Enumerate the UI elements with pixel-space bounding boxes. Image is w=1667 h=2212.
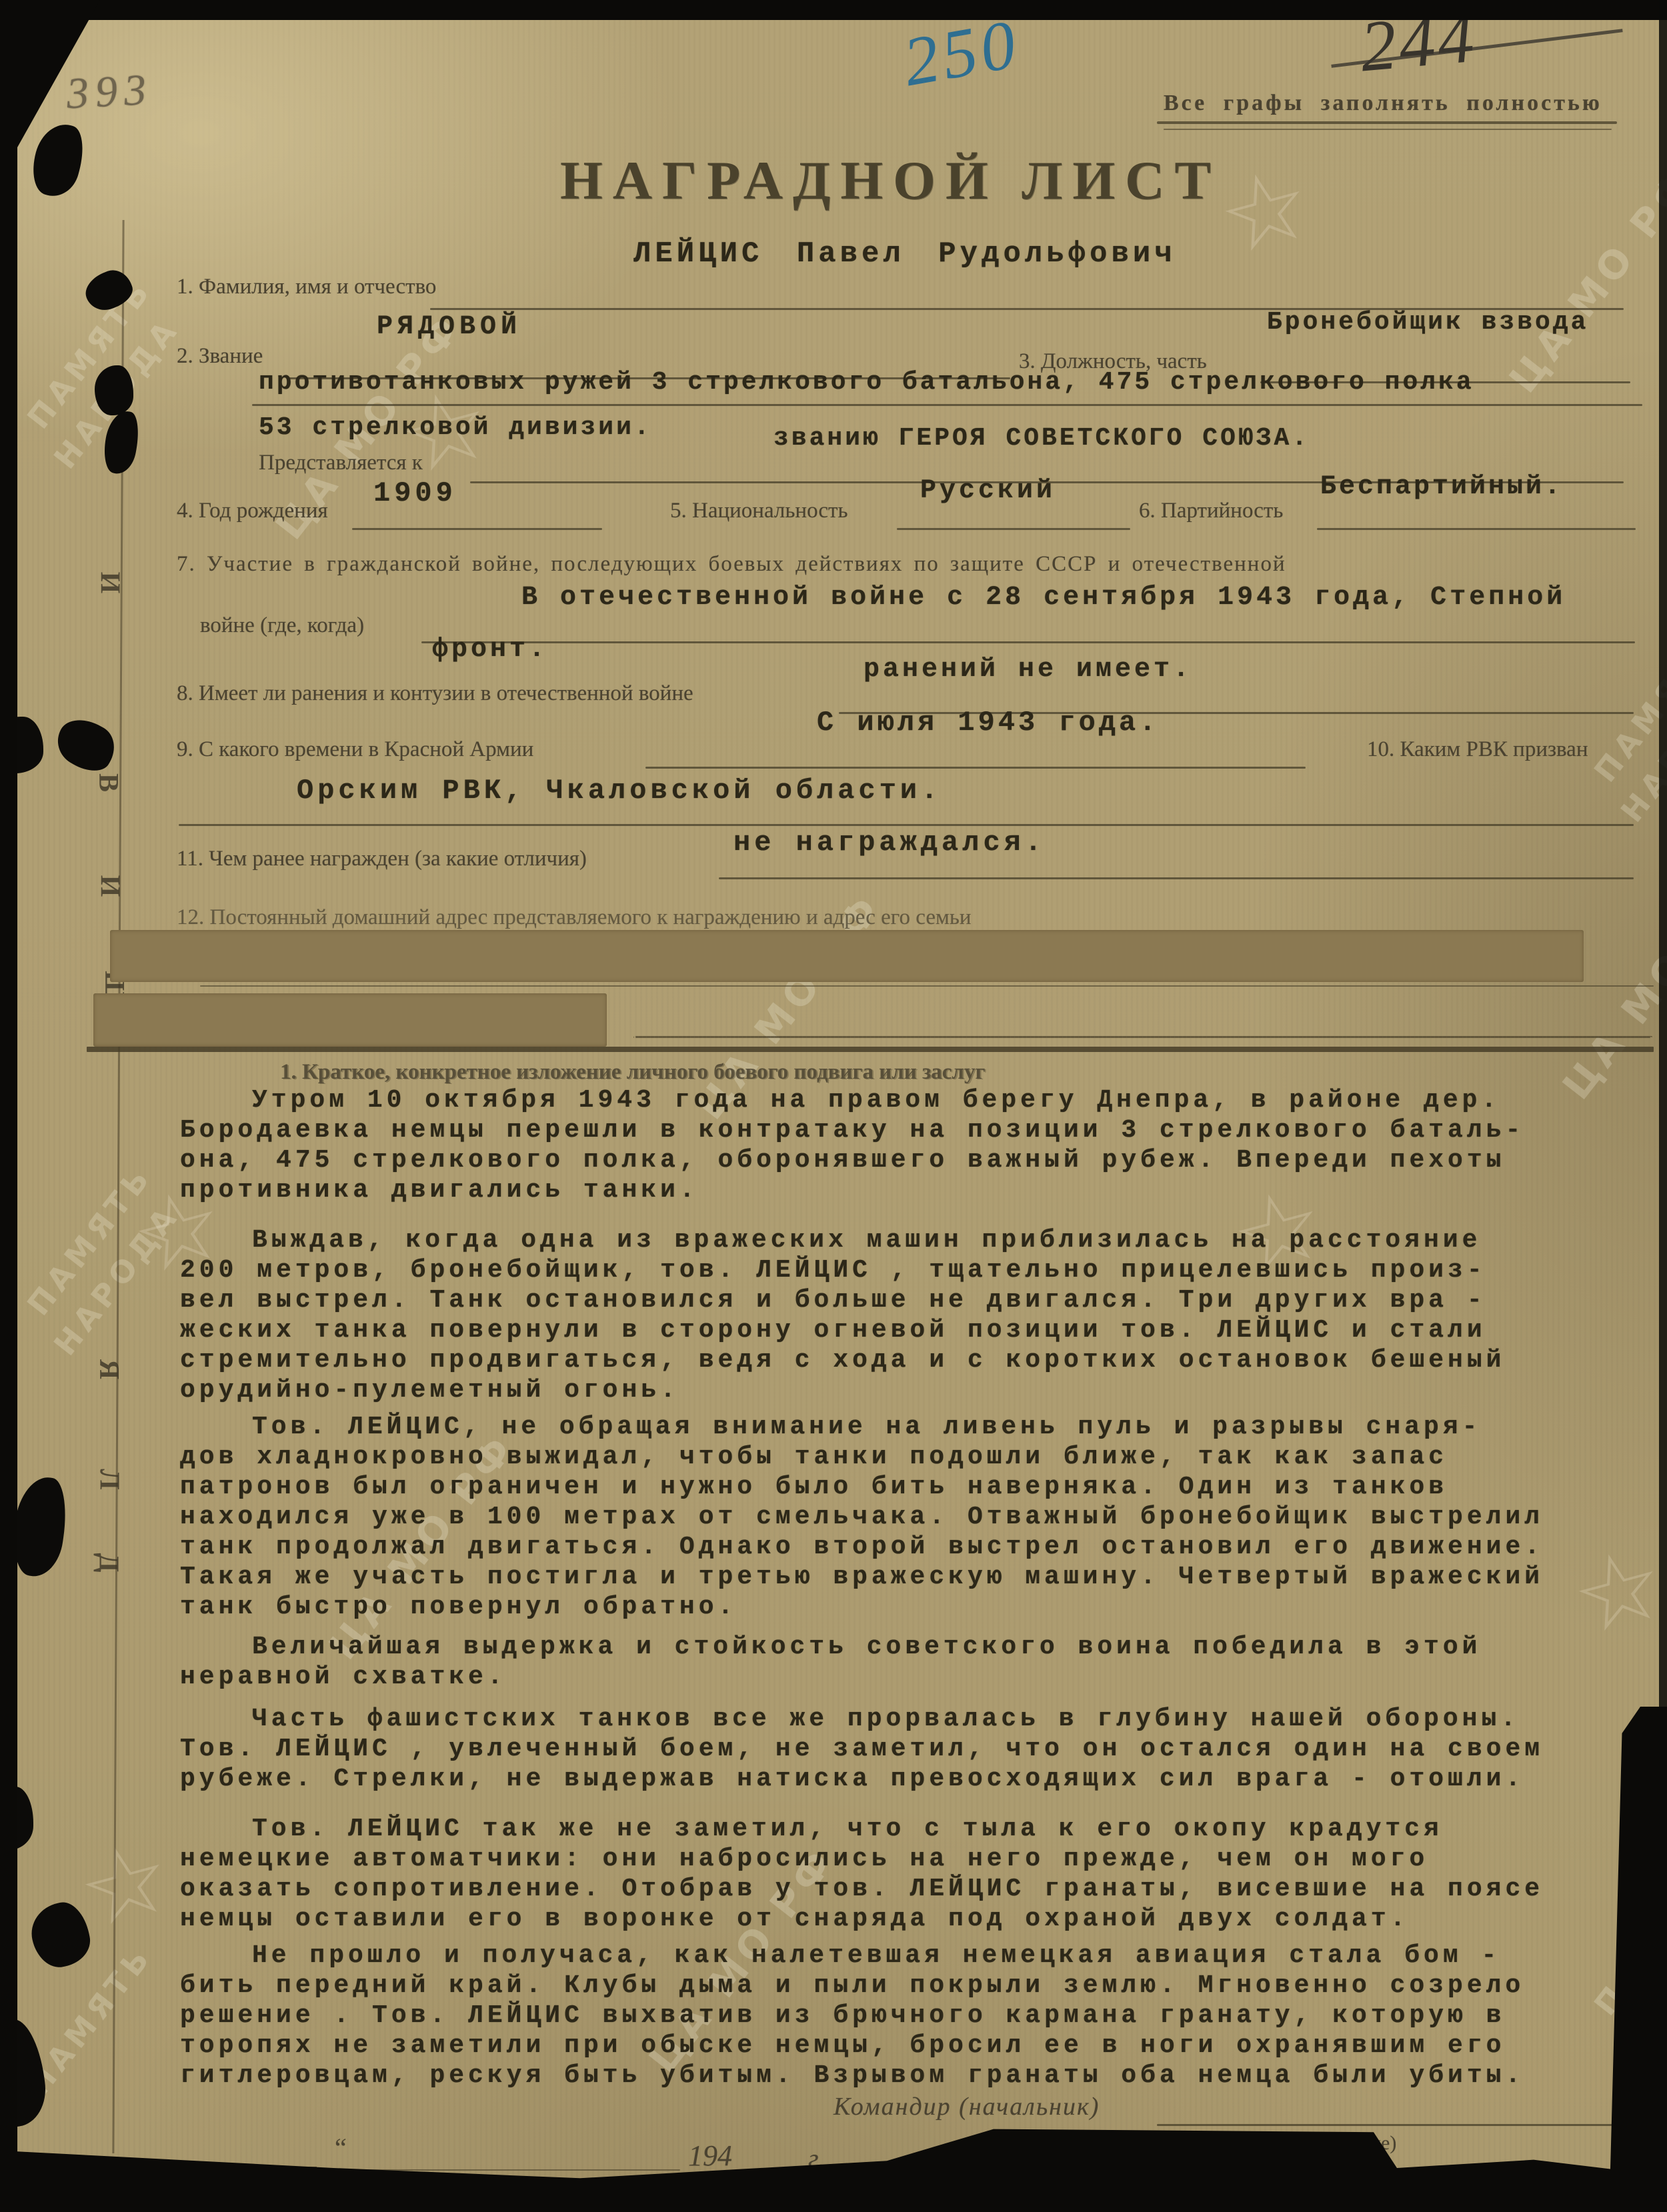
ink-blot bbox=[26, 119, 90, 201]
field-9-line bbox=[645, 767, 1306, 769]
commander-signature-line bbox=[1157, 2124, 1614, 2126]
field-3-unit-line2: 53 стрелковой дивизии. bbox=[259, 413, 652, 442]
margin-letter: И bbox=[93, 875, 125, 897]
margin-letter: Л bbox=[93, 1469, 125, 1489]
watermark-star-icon: ☆ bbox=[1207, 144, 1324, 279]
field-5-value: Русский bbox=[920, 476, 1056, 506]
redaction-bar bbox=[110, 930, 1584, 982]
ink-blot bbox=[49, 710, 123, 780]
field-11-label: 11. Чем ранее награжден (за какие отличи… bbox=[177, 847, 587, 871]
merit-paragraph: Утром 10 октября 1943 года на правом бер… bbox=[180, 1085, 1657, 1205]
merit-paragraph: Выждав, когда одна из вражеских машин пр… bbox=[180, 1225, 1657, 1405]
margin-letter: Д bbox=[92, 1553, 124, 1573]
section-divider bbox=[87, 1047, 1654, 1052]
field-2-label: 2. Звание bbox=[177, 344, 263, 369]
field-10-label: 10. Каким РВК призван bbox=[1367, 737, 1588, 762]
merit-paragraph: Не прошло и получаса, как налетевшая нем… bbox=[180, 1941, 1657, 2091]
nomination-value: званию ГЕРОЯ СОВЕТСКОГО СОЮЗА. bbox=[773, 424, 1310, 453]
field-6-value: Беспартийный. bbox=[1320, 472, 1563, 502]
field-8-value: ранений не имеет. bbox=[864, 655, 1192, 685]
field-12-label: 12. Постоянный домашний адрес представля… bbox=[177, 905, 972, 930]
dotted-line bbox=[633, 1036, 1652, 1038]
field-3-unit-line1: противотанковых ружей 3 стрелкового бата… bbox=[259, 368, 1474, 397]
field-12-line bbox=[200, 985, 1654, 987]
document-title: НАГРАДНОЙ ЛИСТ bbox=[560, 149, 1221, 212]
watermark-camorf: ЦА МО РФ bbox=[1500, 158, 1667, 401]
merit-paragraph: Тов. ЛЕЙЦИС так же не заметил, что с тыл… bbox=[180, 1814, 1657, 1934]
field-11-line bbox=[719, 877, 1634, 879]
field-6-label: 6. Партийность bbox=[1139, 499, 1283, 523]
field-4-line bbox=[352, 528, 602, 530]
field-5-line bbox=[897, 528, 1130, 530]
redaction-bar bbox=[93, 993, 607, 1047]
field-7-value-line2: фронт. bbox=[432, 635, 548, 665]
field-7-line bbox=[421, 641, 1635, 643]
instruction-underline bbox=[1157, 121, 1617, 124]
photo-edge-top bbox=[0, 0, 1667, 20]
field-2-value: РЯДОВОЙ bbox=[377, 312, 521, 342]
field-5-label: 5. Национальность bbox=[670, 499, 848, 523]
merit-section-heading: 1. Краткое, конкретное изложение личного… bbox=[280, 1060, 985, 1085]
field-6-line bbox=[1317, 528, 1636, 530]
margin-letter: Я bbox=[93, 1359, 125, 1379]
awardee-name: ЛЕЙЦИС Павел Рудольфович bbox=[633, 237, 1176, 271]
unit-underline bbox=[252, 404, 1642, 406]
commander-label: Командир (начальник) bbox=[833, 2092, 1100, 2121]
award-sheet-document: ЦА МО РФ ЦА МО РФ ЦА МО РФ ЦА МО РФ ЦА М… bbox=[0, 0, 1667, 2212]
archive-page-number: 393 bbox=[65, 65, 154, 120]
merit-paragraph: Часть фашистских танков все же прорвалас… bbox=[180, 1704, 1657, 1794]
date-line bbox=[360, 2169, 680, 2171]
ink-blot bbox=[8, 1474, 71, 1580]
field-1-label: 1. Фамилия, имя и отчество bbox=[177, 275, 436, 299]
photo-edge-left bbox=[0, 0, 17, 2212]
field-9-label: 9. С какого времени в Красной Армии bbox=[177, 737, 533, 762]
field-4-label: 4. Год рождения bbox=[177, 499, 328, 523]
instruction-underline bbox=[1164, 129, 1612, 130]
merit-paragraph: Величайшая выдержка и стойкость советско… bbox=[180, 1632, 1657, 1692]
merit-paragraph: Тов. ЛЕЙЦИС, не обращая внимание на ливе… bbox=[180, 1412, 1657, 1622]
field-3-value: Бронебойщик взвода bbox=[1267, 308, 1588, 337]
field-10-line bbox=[179, 824, 1634, 826]
fill-all-fields-instruction: Все графы заполнять полностью bbox=[1164, 91, 1602, 116]
field-11-value: не награждался. bbox=[733, 827, 1046, 859]
field-7-value-line1: В отечественной войне с 28 сентября 1943… bbox=[521, 583, 1566, 613]
date-year: 194 bbox=[688, 2139, 732, 2173]
field-7-label-line2: войне (где, когда) bbox=[200, 613, 364, 638]
field-8-label: 8. Имеет ли ранения и контузии в отечест… bbox=[177, 681, 693, 706]
field-4-value: 1909 bbox=[373, 477, 457, 509]
ink-blot bbox=[95, 365, 133, 415]
date-quote: “ bbox=[335, 2132, 347, 2163]
merit-text: Утром 10 октября 1943 года на правом бер… bbox=[180, 1085, 1657, 2091]
field-10-value: Орским РВК, Чкаловской области. bbox=[297, 775, 942, 807]
field-9-value: С июля 1943 года. bbox=[817, 707, 1159, 739]
margin-letter: В bbox=[92, 773, 124, 792]
nomination-label: Представляется к bbox=[259, 451, 423, 475]
field-7-label-line1: 7. Участие в гражданской войне, последую… bbox=[177, 552, 1286, 577]
margin-letter: И bbox=[93, 572, 125, 594]
